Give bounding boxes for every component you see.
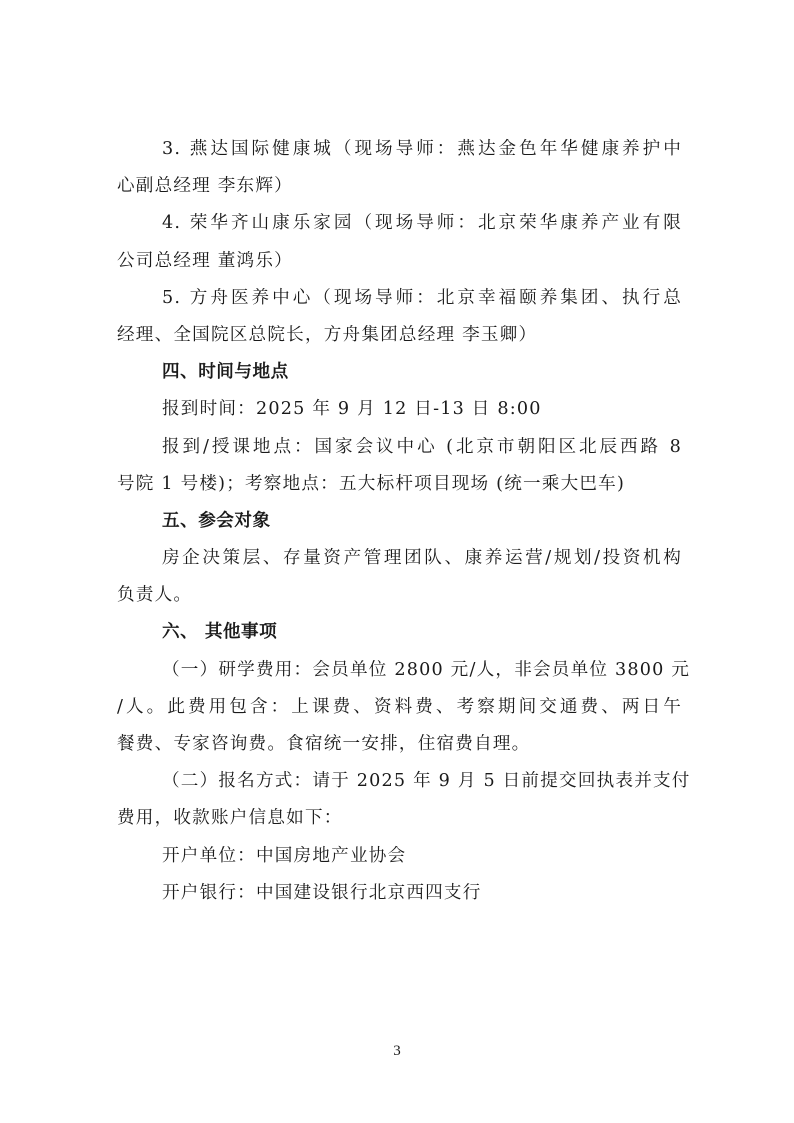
document-page: 3. 燕达国际健康城（现场导师：燕达金色年华健康养护中 心副总经理 李东辉） 4… <box>0 0 794 1123</box>
text-line: 报到/授课地点：国家会议中心 (北京市朝阳区北辰西路 8 <box>117 429 682 466</box>
text-line: 经理、全国院区总院长，方舟集团总经理 李玉卿） <box>117 317 682 354</box>
text-line: 报到时间：2025 年 9 月 12 日-13 日 8:00 <box>117 391 682 428</box>
section-heading: 四、时间与地点 <box>117 354 682 391</box>
text-line: 心副总经理 李东辉） <box>117 168 682 205</box>
page-content: 3. 燕达国际健康城（现场导师：燕达金色年华健康养护中 心副总经理 李东辉） 4… <box>117 131 682 912</box>
text-line: 开户单位：中国房地产业协会 <box>117 838 682 875</box>
text-line: 公司总经理 董鸿乐） <box>117 243 682 280</box>
text-line: 房企决策层、存量资产管理团队、康养运营/规划/投资机构 <box>117 540 682 577</box>
text-line: （二）报名方式：请于 2025 年 9 月 5 日前提交回执表并支付 <box>117 763 682 800</box>
text-line: 3. 燕达国际健康城（现场导师：燕达金色年华健康养护中 <box>117 131 682 168</box>
text-line: 费用，收款账户信息如下： <box>117 800 682 837</box>
text-line: 开户银行：中国建设银行北京西四支行 <box>117 875 682 912</box>
section-heading: 六、 其他事项 <box>117 614 682 651</box>
text-line: 号院 1 号楼)；考察地点：五大标杆项目现场 (统一乘大巴车) <box>117 466 682 503</box>
section-heading: 五、参会对象 <box>117 503 682 540</box>
text-line: 4. 荣华齐山康乐家园（现场导师：北京荣华康养产业有限 <box>117 205 682 242</box>
text-line: /人。此费用包含：上课费、资料费、考察期间交通费、两日午 <box>117 689 682 726</box>
page-number: 3 <box>0 1043 794 1060</box>
text-line: 餐费、专家咨询费。食宿统一安排，住宿费自理。 <box>117 726 682 763</box>
text-line: 负责人。 <box>117 577 682 614</box>
text-line: 5. 方舟医养中心（现场导师：北京幸福颐养集团、执行总 <box>117 280 682 317</box>
text-line: （一）研学费用：会员单位 2800 元/人，非会员单位 3800 元 <box>117 652 682 689</box>
